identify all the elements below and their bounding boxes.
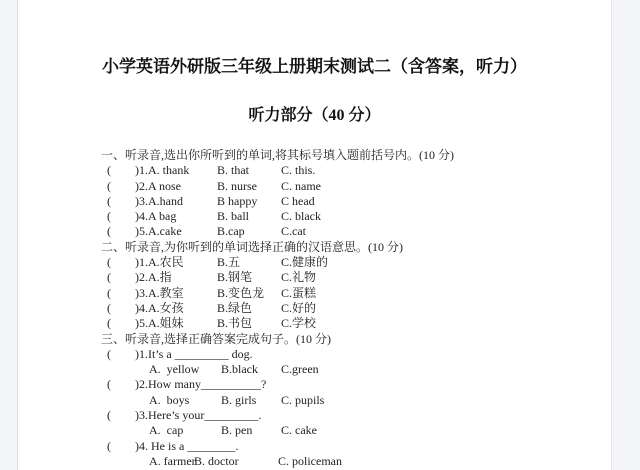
option-b: B. doctor — [194, 454, 278, 469]
option-b: B.black — [221, 362, 281, 377]
option-a: A. farmer — [149, 454, 194, 469]
option-c: C.礼物 — [281, 270, 316, 285]
question-stem: 3.Here’s your_________. — [139, 408, 261, 423]
option-b: B. girls — [221, 393, 281, 408]
option-c: C head — [281, 194, 315, 209]
option-a: A. yellow — [149, 362, 221, 377]
option-c: C. name — [281, 179, 321, 194]
option-b: B happy — [217, 194, 281, 209]
options-row: A. farmerB. doctorC. policeman — [18, 454, 611, 469]
question-row: ( )3.A.handB happyC head — [18, 194, 611, 209]
question-stem-row: ( )3.Here’s your_________. — [18, 408, 611, 423]
option-a: 5.A.cake — [139, 224, 217, 239]
page-title: 小学英语外研版三年级上册期末测试二（含答案，听力） — [18, 56, 611, 78]
option-a: 3.A.教室 — [139, 286, 217, 301]
option-c: C.学校 — [281, 316, 316, 331]
option-b: B.钢笔 — [217, 270, 281, 285]
answer-bracket: ( ) — [107, 163, 139, 178]
question-stem-row: ( )1.It’s a _________ dog. — [18, 347, 611, 362]
option-b: B.绿色 — [217, 301, 281, 316]
question-row: ( )4.A bagB. ballC. black — [18, 209, 611, 224]
question-stem: 4. He is a ________. — [139, 439, 238, 454]
option-c: C. black — [281, 209, 321, 224]
answer-bracket: ( ) — [107, 286, 139, 301]
option-b: B. pen — [221, 423, 281, 438]
answer-bracket: ( ) — [107, 377, 139, 392]
answer-bracket: ( ) — [107, 209, 139, 224]
option-c: C.健康的 — [281, 255, 328, 270]
option-a: 5.A.姐妹 — [139, 316, 217, 331]
option-a: A. cap — [149, 423, 221, 438]
option-a: A. boys — [149, 393, 221, 408]
option-c: C. cake — [281, 423, 317, 438]
question-row: ( )4.A.女孩B.绿色C.好的 — [18, 301, 611, 316]
question-row: ( )2.A noseB. nurseC. name — [18, 179, 611, 194]
option-c: C. policeman — [278, 454, 342, 469]
option-b: B. ball — [217, 209, 281, 224]
document-body: 一、听录音,选出你所听到的单词,将其标号填入题前括号内。(10 分) ( )1.… — [18, 148, 611, 469]
question-row: ( )2.A.指B.钢笔C.礼物 — [18, 270, 611, 285]
option-c: C. pupils — [281, 393, 324, 408]
answer-bracket: ( ) — [107, 316, 139, 331]
answer-bracket: ( ) — [107, 179, 139, 194]
option-a: 3.A.hand — [139, 194, 217, 209]
option-a: 4.A.女孩 — [139, 301, 217, 316]
option-b: B.cap — [217, 224, 281, 239]
question-row: ( )3.A.教室B.变色龙C.蛋糕 — [18, 286, 611, 301]
section-1-heading: 一、听录音,选出你所听到的单词,将其标号填入题前括号内。(10 分) — [18, 148, 611, 163]
answer-bracket: ( ) — [107, 194, 139, 209]
options-row: A. boysB. girlsC. pupils — [18, 393, 611, 408]
answer-bracket: ( ) — [107, 270, 139, 285]
option-c: C.cat — [281, 224, 306, 239]
option-a: 2.A.指 — [139, 270, 217, 285]
section-3-heading: 三、听录音,选择正确答案完成句子。(10 分) — [18, 332, 611, 347]
document-page: 小学英语外研版三年级上册期末测试二（含答案，听力） 听力部分（40 分） 一、听… — [17, 0, 612, 470]
question-row: ( )5.A.姐妹B.书包C.学校 — [18, 316, 611, 331]
option-a: 1.A.农民 — [139, 255, 217, 270]
option-c: C. this. — [281, 163, 315, 178]
option-b: B. that — [217, 163, 281, 178]
option-c: C.green — [281, 362, 319, 377]
question-stem: 2.How many__________? — [139, 377, 266, 392]
options-row: A. capB. penC. cake — [18, 423, 611, 438]
option-b: B.变色龙 — [217, 286, 281, 301]
answer-bracket: ( ) — [107, 408, 139, 423]
option-b: B.书包 — [217, 316, 281, 331]
question-stem: 1.It’s a _________ dog. — [139, 347, 253, 362]
option-b: B. nurse — [217, 179, 281, 194]
question-stem-row: ( )2.How many__________? — [18, 377, 611, 392]
option-a: 2.A nose — [139, 179, 217, 194]
option-a: 4.A bag — [139, 209, 217, 224]
option-c: C.蛋糕 — [281, 286, 316, 301]
listening-section-title: 听力部分（40 分） — [18, 106, 611, 125]
answer-bracket: ( ) — [107, 255, 139, 270]
options-row: A. yellowB.blackC.green — [18, 362, 611, 377]
option-a: 1.A. thank — [139, 163, 217, 178]
option-c: C.好的 — [281, 301, 316, 316]
section-2-heading: 二、听录音,为你听到的单词选择正确的汉语意思。(10 分) — [18, 240, 611, 255]
question-row: ( )5.A.cakeB.capC.cat — [18, 224, 611, 239]
answer-bracket: ( ) — [107, 347, 139, 362]
answer-bracket: ( ) — [107, 439, 139, 454]
option-b: B.五 — [217, 255, 281, 270]
answer-bracket: ( ) — [107, 224, 139, 239]
question-row: ( )1.A. thankB. thatC. this. — [18, 163, 611, 178]
question-stem-row: ( )4. He is a ________. — [18, 439, 611, 454]
question-row: ( )1.A.农民B.五C.健康的 — [18, 255, 611, 270]
answer-bracket: ( ) — [107, 301, 139, 316]
